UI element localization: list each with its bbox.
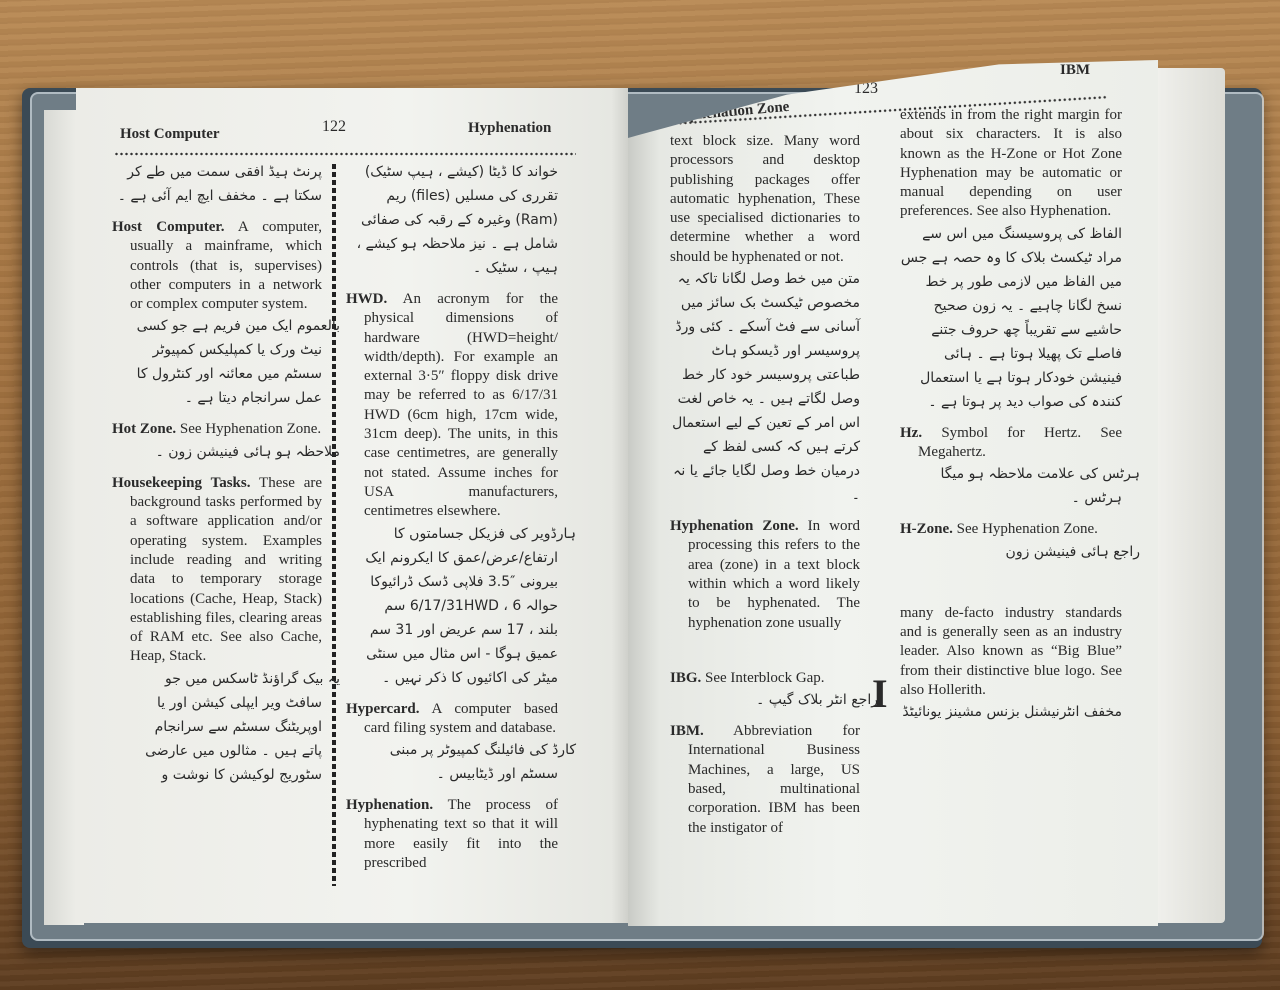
right-running-head: IBM (1060, 62, 1090, 79)
urdu-text: کارڈ کی فائیلنگ کمپیوٹر پر مبنی سسٹم اور… (364, 738, 558, 786)
right-page-stack-edge (1150, 68, 1225, 923)
entry-definition: An acronym for the physical dimensions o… (364, 291, 558, 519)
entry-term: Hz. (900, 425, 922, 441)
urdu-text: ہارڈویر کی فزیکل جسامتوں کا ارتفاع/عرض/ع… (364, 522, 558, 690)
entry-continuation: extends in from the right margin for abo… (900, 106, 1122, 414)
entry-definition: text block size. Many word processors an… (670, 133, 860, 265)
right-page-column-1: text block size. Many word processors an… (670, 132, 860, 848)
urdu-text: بالعموم ایک مین فریم ہے جو کسی نیٹ ورک ی… (130, 314, 322, 410)
entry-continuation: پرنٹ ہیڈ افقی سمت میں طے کر سکتا ہے ۔ مخ… (112, 160, 322, 208)
entry-hwd: HWD. An acronym for the physical dimensi… (346, 290, 558, 690)
entry-term: Hyphenation. (346, 797, 433, 813)
left-page: Host Computer 122 Hyphenation پرنٹ ہیڈ ا… (76, 88, 628, 923)
entry-term: Host Computer. (112, 219, 224, 235)
entry-definition: Abbreviation for International Business … (688, 723, 860, 835)
entry-ibm: IBM. Abbreviation for International Busi… (670, 722, 860, 838)
entry-term: IBG. (670, 670, 701, 686)
entry-hyphenation-zone: Hyphenation Zone. In word processing thi… (670, 517, 860, 633)
entry-hot-zone: Hot Zone. See Hyphenation Zone.ملاحظہ ہو… (112, 420, 322, 463)
entry-continuation: خواند کا ڈیٹا (کیشے ، ہیپ سٹیک) تقرری کی… (346, 160, 558, 280)
entry-definition: many de-facto industry standards and is … (900, 605, 1122, 698)
urdu-text: راجع ہائی فینیشن زون (918, 540, 1122, 564)
entry-definition: See Hyphenation Zone. (176, 421, 321, 437)
entry-hyphenation: Hyphenation. The process of hyphenating … (346, 796, 558, 873)
left-page-number: 122 (322, 118, 346, 136)
entry-host-computer: Host Computer. A computer, usually a mai… (112, 218, 322, 410)
entry-term: H-Zone. (900, 521, 953, 537)
left-page-column-1: پرنٹ ہیڈ افقی سمت میں طے کر سکتا ہے ۔ مخ… (112, 160, 322, 797)
entry-definition: extends in from the right margin for abo… (900, 107, 1122, 219)
urdu-text: متن میں خط وصل لگانا تاکہ یہ مخصوص ٹیکسٹ… (670, 267, 860, 507)
column-divider (332, 164, 336, 886)
entry-term: Hyphenation Zone. (670, 518, 799, 534)
entry-definition: See Hyphenation Zone. (953, 521, 1098, 537)
urdu-text: یہ بیک گراؤنڈ ٹاسکس میں جو سافٹ ویر ایپل… (130, 667, 322, 787)
entry-definition: See Interblock Gap. (701, 670, 824, 686)
entry-term: Hot Zone. (112, 421, 176, 437)
entry-term: Housekeeping Tasks. (112, 475, 250, 491)
entry-definition: In word processing this refers to the ar… (688, 518, 860, 630)
entry-ibg: IBG. See Interblock Gap.راجع انٹر بلاک گ… (670, 669, 860, 712)
urdu-text: ملاحظہ ہو ہائی فینیشن زون ۔ (130, 440, 322, 464)
right-page: Hyphenation Zone 123 IBM text block size… (628, 60, 1158, 926)
entry-term: IBM. (670, 723, 704, 739)
left-page-column-2: خواند کا ڈیٹا (کیشے ، ہیپ سٹیک) تقرری کی… (346, 160, 558, 883)
urdu-text: ہرٹس کی علامت ملاحظہ ہو میگا ہرٹس ۔ (918, 462, 1122, 510)
left-running-head: Host Computer (120, 126, 220, 143)
entry-hypercard: Hypercard. A computer based card filing … (346, 700, 558, 787)
urdu-text: پرنٹ ہیڈ افقی سمت میں طے کر سکتا ہے ۔ مخ… (112, 160, 322, 208)
right-page-column-2: extends in from the right margin for abo… (900, 106, 1122, 734)
entry-hz: Hz. Symbol for Hertz. See Megahertz.ہرٹس… (900, 424, 1122, 511)
entry-housekeeping-tasks: Housekeeping Tasks. These are background… (112, 474, 322, 787)
urdu-text: الفاظ کی پروسیسنگ میں اس سے مراد ٹیکسٹ ب… (900, 222, 1122, 414)
entry-continuation: text block size. Many word processors an… (670, 132, 860, 507)
entry-term: HWD. (346, 291, 387, 307)
urdu-text: خواند کا ڈیٹا (کیشے ، ہیپ سٹیک) تقرری کی… (346, 160, 558, 280)
entry-h-zone: H-Zone. See Hyphenation Zone.راجع ہائی ف… (900, 520, 1122, 563)
entry-ibm-continuation: many de-facto industry standards and is … (900, 604, 1122, 724)
entry-definition: Symbol for Hertz. See Megahertz. (918, 425, 1122, 460)
entry-term: Hypercard. (346, 701, 419, 717)
urdu-text: راجع انٹر بلاک گیپ ۔ (688, 688, 860, 712)
right-running-head: Hyphenation (468, 120, 551, 137)
urdu-text: مخفف انٹرنیشنل بزنس مشینز یونائیٹڈ (900, 700, 1122, 724)
entry-definition: These are background tasks performed by … (130, 475, 322, 665)
header-dotted-rule (114, 152, 576, 156)
section-letter: I (872, 670, 888, 717)
